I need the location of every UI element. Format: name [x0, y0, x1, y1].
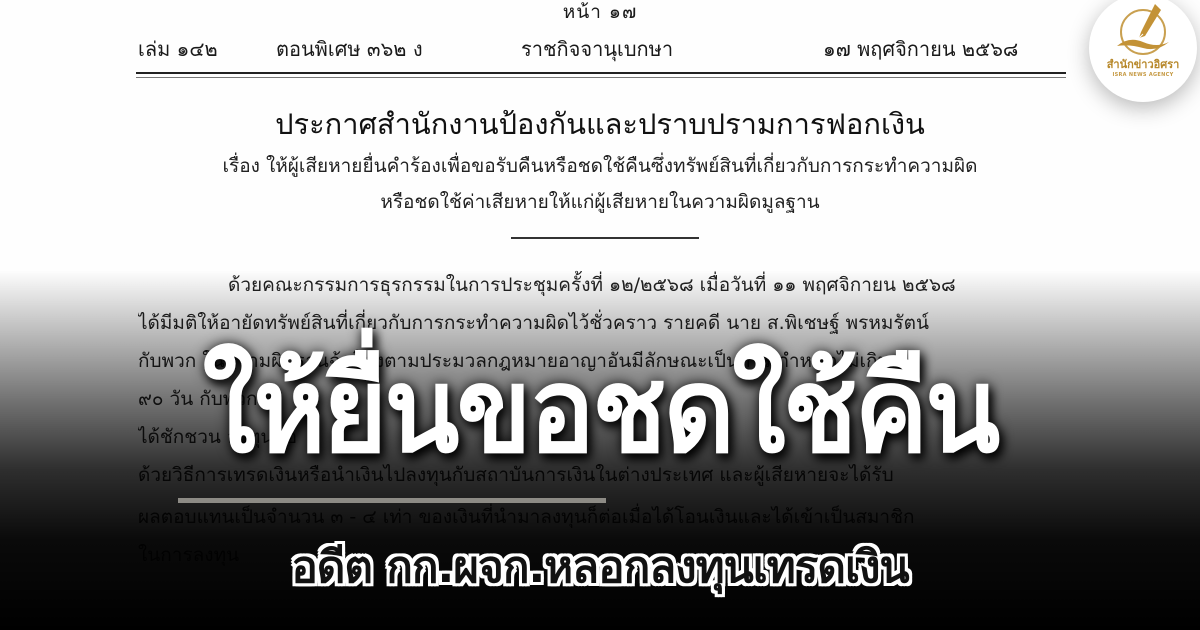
subheadline: อดีต กก.ผจก.หลอกลงทุนเทรดเงิน: [0, 540, 1200, 596]
headline: ให้ยื่นขอชดใช้คืน: [42, 345, 1158, 475]
logo-name-thai: สำนักข่าวอิศรา: [1089, 58, 1197, 71]
dark-gradient-overlay: [0, 0, 1200, 630]
pen-nib-icon: [1109, 2, 1177, 60]
highlight-underline: [178, 498, 606, 503]
logo-name-english: ISRA NEWS AGENCY: [1089, 72, 1197, 78]
